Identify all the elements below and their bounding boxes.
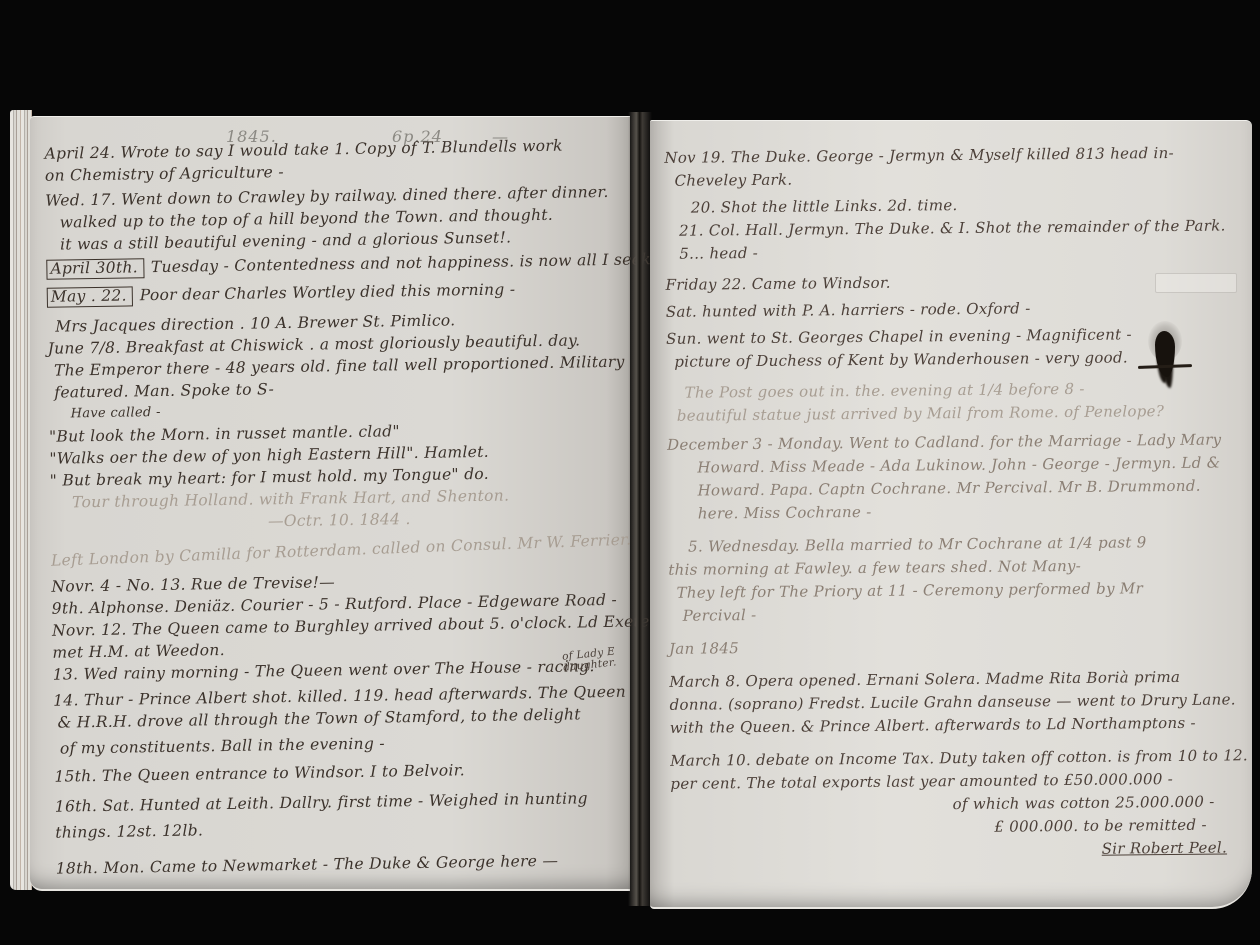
diary-line: Jan 1845	[669, 632, 1249, 661]
left-page-text: April 24. Wrote to say I would take 1. C…	[30, 108, 642, 889]
book-page-edges	[10, 110, 32, 890]
boxed-date: April 30th.	[46, 258, 144, 280]
photograph-of-open-diary: { "header": { "year": "1845.", "page_ref…	[0, 0, 1260, 945]
diary-line: Friday 22. Came to Windsor.	[665, 268, 1245, 297]
book-gutter-shadow	[628, 112, 652, 906]
diary-line: May . 22.Poor dear Charles Wortley died …	[47, 277, 625, 308]
margin-note: of Lady E daughter.	[562, 644, 636, 673]
diary-left-page: 1845. 6p.24 — April 24. Wrote to say I w…	[30, 116, 630, 891]
diary-line: 18th. Mon. Came to Newmarket - The Duke …	[56, 849, 634, 880]
diary-line: of my constituents. Ball in the evening …	[60, 729, 632, 760]
diary-line: picture of Duchess of Kent by Wanderhous…	[674, 345, 1246, 373]
diary-line: Sir Robert Peel.	[671, 836, 1227, 864]
right-page-text: Nov 19. The Duke. George - Jermyn & Myse…	[650, 115, 1260, 907]
diary-line: 5... head -	[679, 237, 1245, 265]
diary-line: Left London by Camilla for Rotterdam. ca…	[51, 529, 629, 572]
diary-line: with the Queen. & Prince Albert. afterwa…	[670, 711, 1250, 740]
diary-line: 15th. The Queen entrance to Windsor. I t…	[54, 757, 632, 788]
diary-line: Percival -	[683, 599, 1249, 627]
diary-line: Sat. hunted with P. A. harriers - rode. …	[666, 295, 1246, 324]
boxed-date: May . 22.	[47, 286, 133, 307]
diary-line: things. 12st. 12lb.	[55, 813, 633, 844]
diary-line: here. Miss Cochrane -	[698, 497, 1248, 525]
diary-line: Cheveley Park.	[674, 164, 1244, 192]
diary-line: beautiful statue just arrived by Mail fr…	[677, 399, 1247, 427]
diary-right-page: Nov 19. The Duke. George - Jermyn & Myse…	[650, 120, 1252, 909]
